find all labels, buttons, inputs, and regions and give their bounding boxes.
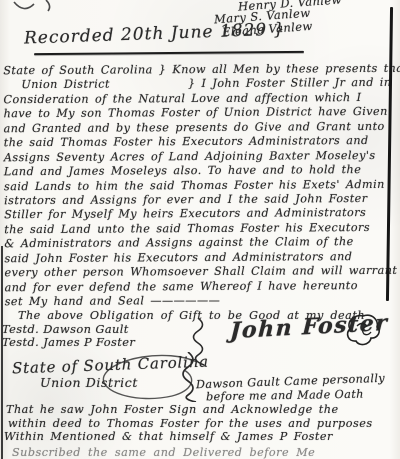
deed-line: set My hand and Seal —————— xyxy=(5,293,399,310)
oath-body-line: Within Mentioned & that himself & James … xyxy=(4,430,333,443)
oath-body-line: within deed to Thomas Foster for the use… xyxy=(8,417,373,430)
cutoff-stroke-icon xyxy=(12,0,62,12)
underline-rule xyxy=(34,51,304,55)
recorded-date-line: Recorded 20th June 1829 } xyxy=(24,19,286,48)
section-brace-icon xyxy=(176,352,200,402)
attestation-witness-1: Testd. Dawson Gault xyxy=(2,322,129,336)
scan-edge-line-left xyxy=(1,246,3,459)
wax-seal-scribble xyxy=(344,312,382,348)
cutoff-bottom-line: Subscribed the same and Delivered before… xyxy=(12,446,315,459)
oath-body-line: That he saw John Foster Sign and Acknowl… xyxy=(6,403,339,416)
deed-body: State of South Carolina } Know all Men b… xyxy=(3,62,398,310)
oath-line: before me and Made Oath xyxy=(206,388,364,404)
scanned-document-page: Henry D. Vanlew Mary S. Vanlew Eleana Va… xyxy=(0,0,400,459)
attestation-witness-2: Testd. James P Foster xyxy=(2,335,135,349)
